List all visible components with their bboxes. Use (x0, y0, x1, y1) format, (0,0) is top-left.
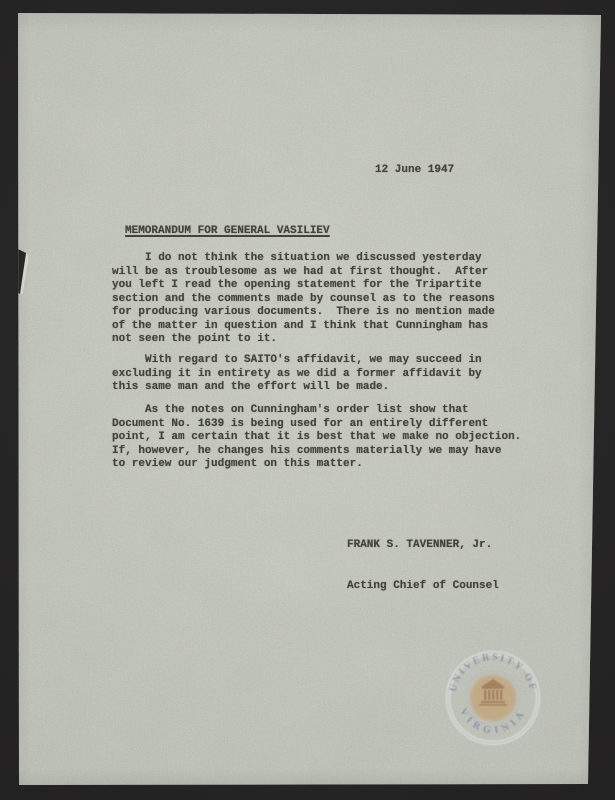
signature-name: FRANK S. TAVENNER, Jr. (347, 539, 499, 553)
paragraph-3: As the notes on Cunningham's order list … (112, 404, 521, 472)
signature-block: FRANK S. TAVENNER, Jr. Acting Chief of C… (347, 512, 499, 620)
date-line: 12 June 1947 (375, 164, 454, 178)
scanned-photo-background: 12 June 1947 MEMORANDUM FOR GENERAL VASI… (0, 0, 615, 800)
university-of-virginia-seal-icon: UNIVERSITY OF VIRGINIA (445, 650, 541, 746)
paragraph-2: With regard to SAITO's affidavit, we may… (112, 354, 482, 395)
paragraph-1: I do not think the situation we discusse… (112, 252, 495, 347)
memo-heading: MEMORANDUM FOR GENERAL VASILIEV (125, 225, 330, 239)
signature-title: Acting Chief of Counsel (347, 580, 499, 594)
document-page: 12 June 1947 MEMORANDUM FOR GENERAL VASI… (0, 0, 615, 800)
paper-edge-notch (14, 244, 32, 298)
